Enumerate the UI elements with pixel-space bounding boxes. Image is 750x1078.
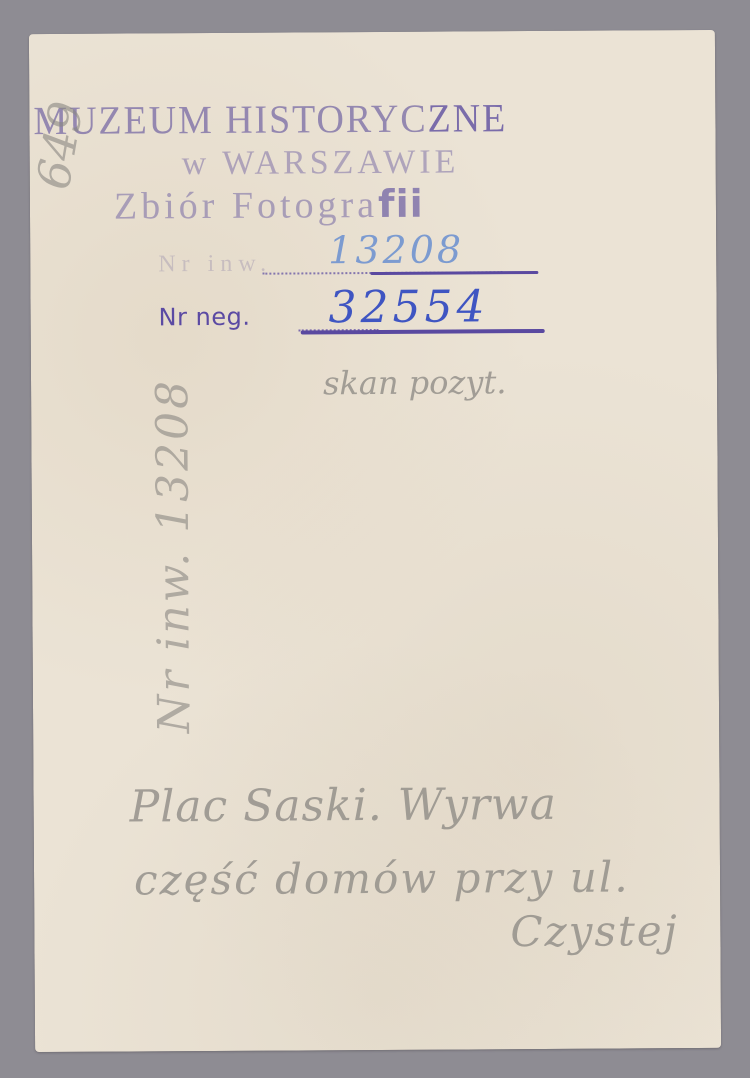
pencil-caption-line-3: Czystej	[510, 906, 679, 956]
pencil-caption-line-2: część domów przy ul.	[134, 852, 630, 904]
negative-number: 32554	[328, 281, 488, 333]
pencil-note-scan: skan pozyt.	[323, 363, 507, 402]
stamp-line-3-faded-text: Zbiór Fotogra	[114, 184, 378, 228]
museum-stamp-line-2: w WARSZAWIE	[182, 143, 460, 183]
stamp-line-3-strong-text: fii	[378, 182, 424, 226]
pencil-caption-line-1: Plac Saski. Wyrwa	[129, 779, 557, 833]
photo-verso-card: MUZEUM HISTORYCZNE w WARSZAWIE Zbiór Fot…	[29, 30, 721, 1052]
museum-stamp-line-1: MUZEUM HISTORYCZNE	[33, 94, 507, 144]
stamp-line-1-strong-text: ZNE	[427, 95, 507, 140]
stamp-line-1-faded-text: MUZEUM HISTORYC	[33, 96, 427, 143]
museum-stamp-line-3: Zbiór Fotografii	[114, 182, 424, 229]
inventory-number: 13208	[328, 227, 464, 272]
pencil-vertical-inventory: Nr inw. 13208	[147, 378, 200, 734]
negative-number-label: Nr neg.	[159, 303, 251, 332]
inventory-label-faint: Nr inw.	[158, 251, 272, 279]
